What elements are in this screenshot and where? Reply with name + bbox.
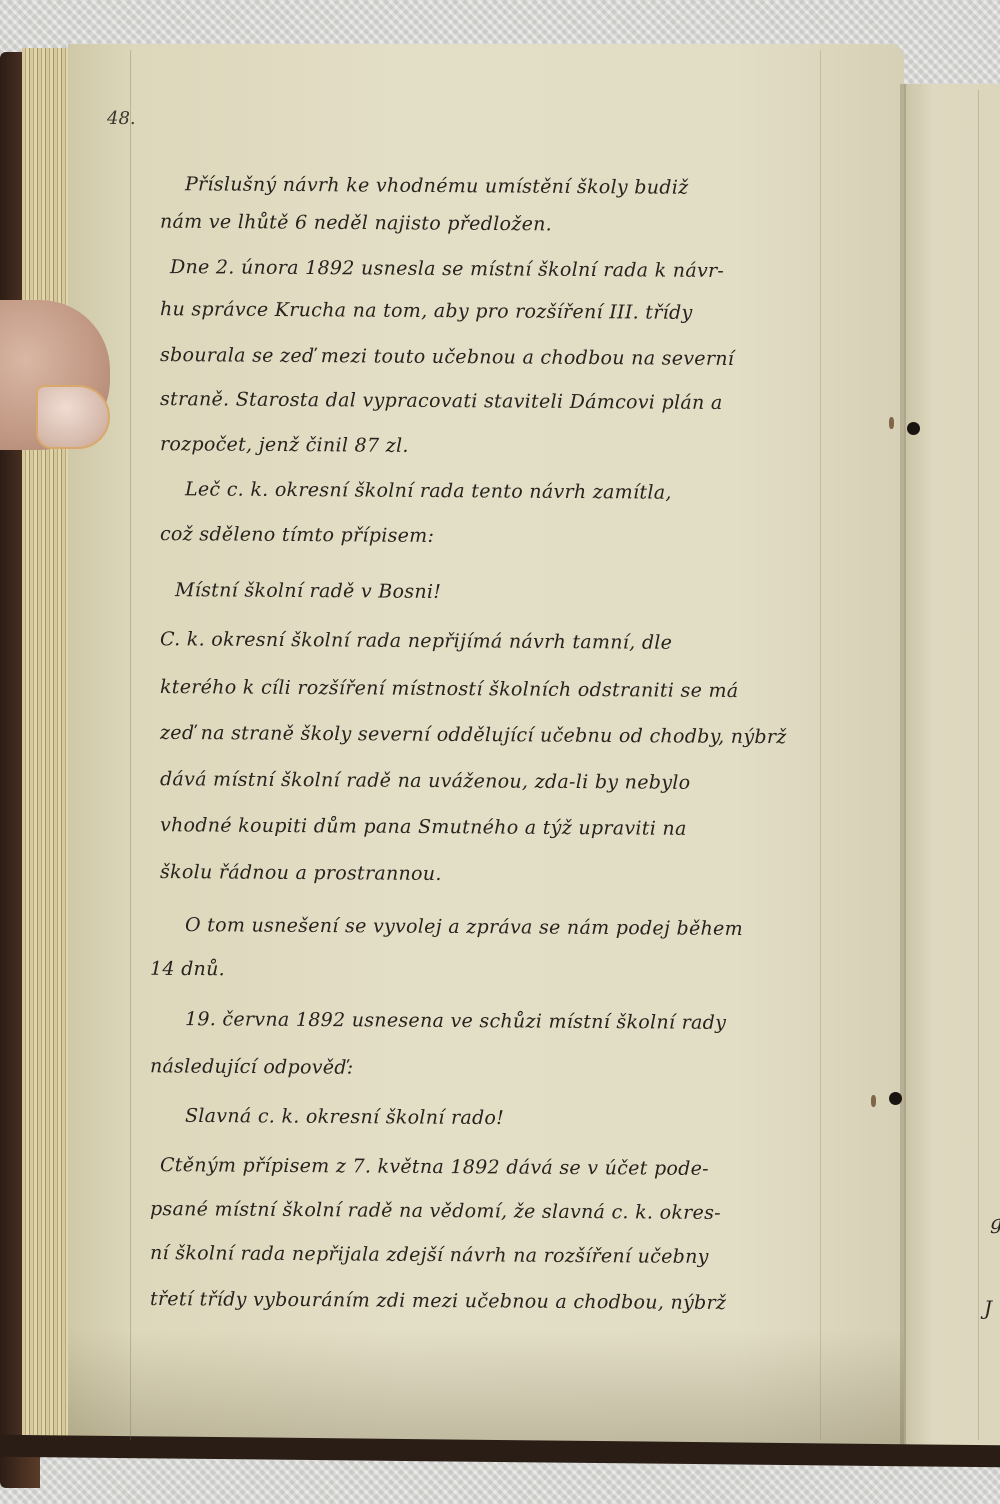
next-page-fragment: g (990, 1210, 1000, 1234)
handwritten-line: C. k. okresní školní rada nepřijímá návr… (160, 628, 672, 654)
handwritten-line: třetí třídy vybouráním zdi mezi učebnou … (150, 1288, 726, 1314)
next-page-margin-line (978, 90, 979, 1440)
binding-hole (907, 422, 920, 435)
rust-stain (889, 417, 894, 429)
handwritten-line: 19. června 1892 usnesena ve schůzi místn… (185, 1008, 726, 1034)
handwritten-line: což sděleno tímto přípisem: (160, 523, 434, 547)
handwritten-line: Slavná c. k. okresní školní rado! (185, 1105, 504, 1129)
next-page-fragment: J (984, 1296, 992, 1320)
page-edges-stack (22, 48, 72, 1446)
handwritten-line: vhodné koupiti dům pana Smutného a týž u… (160, 814, 687, 840)
handwritten-line: Místní školní radě v Bosni! (175, 579, 441, 603)
left-margin-line (130, 50, 131, 1440)
handwritten-line: Leč c. k. okresní školní rada tento návr… (185, 478, 672, 503)
handwritten-line: straně. Starosta dal vypracovati stavite… (160, 388, 723, 414)
handwritten-line: O tom usnešení se vyvolej a zpráva se ná… (185, 914, 743, 940)
handwritten-line: Dne 2. února 1892 usnesla se místní škol… (170, 256, 724, 282)
handwritten-line: hu správce Krucha na tom, aby pro rozšíř… (160, 298, 693, 324)
rust-stain (871, 1095, 876, 1107)
handwritten-line: následující odpověď: (150, 1055, 354, 1078)
handwritten-line: ní školní rada nepřijala zdejší návrh na… (150, 1242, 709, 1268)
handwritten-line: nám ve lhůtě 6 neděl najisto předložen. (160, 211, 552, 236)
handwritten-line: školu řádnou a prostrannou. (160, 861, 442, 885)
handwritten-line: sbourala se zeď mezi touto učebnou a cho… (160, 344, 734, 370)
handwritten-line: zeď na straně školy severní oddělující u… (160, 722, 787, 748)
thumbnail (36, 385, 110, 449)
handwritten-line: rozpočet, jenž činil 87 zl. (160, 433, 409, 457)
next-page-edge (904, 84, 1000, 1450)
binding-hole (889, 1092, 902, 1105)
handwritten-line: 14 dnů. (150, 958, 225, 981)
page-shadow (68, 1330, 904, 1448)
handwritten-line: Příslušný návrh ke vhodnému umístění ško… (185, 173, 689, 199)
page-number: 48. (107, 108, 136, 129)
handwritten-line: dává místní školní radě na uváženou, zda… (160, 768, 691, 794)
binding-gutter (900, 84, 906, 1450)
handwritten-line: psané místní školní radě na vědomí, že s… (150, 1198, 721, 1224)
handwritten-line: Ctěným přípisem z 7. května 1892 dává se… (160, 1154, 709, 1180)
handwritten-line: kterého k cíli rozšíření místností školn… (160, 676, 739, 702)
right-margin-line (820, 50, 821, 1440)
